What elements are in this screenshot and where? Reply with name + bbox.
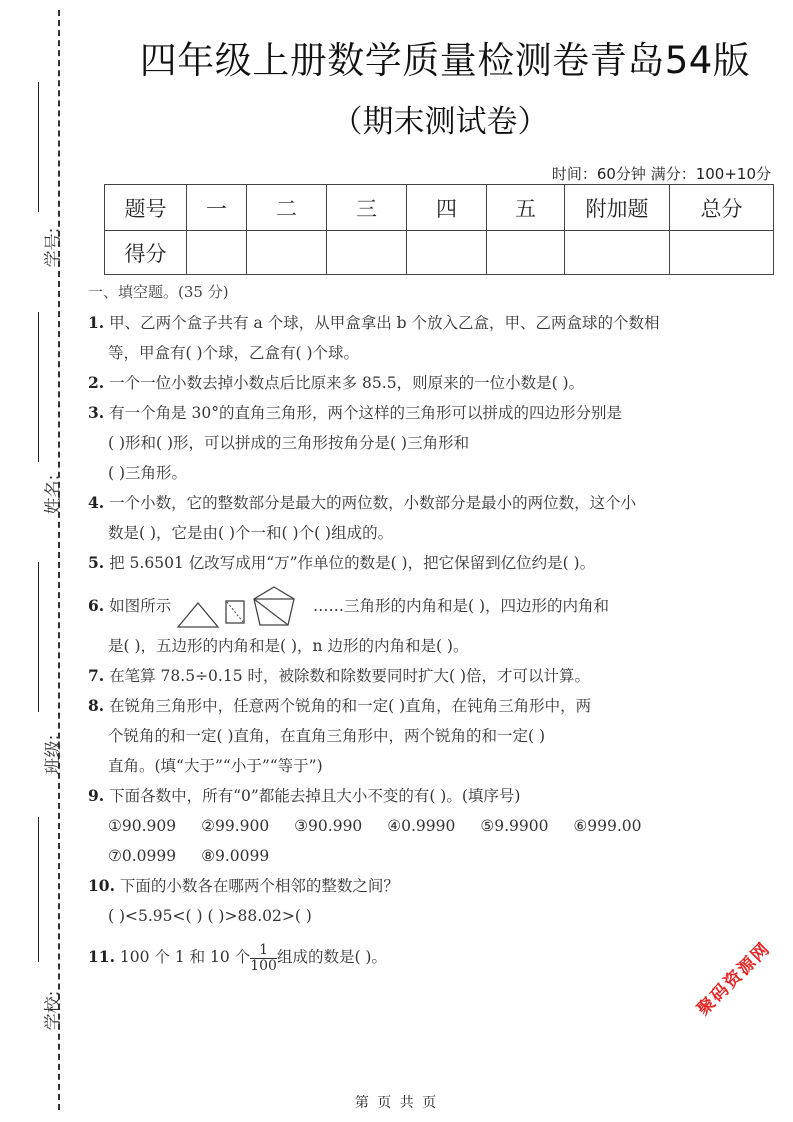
question-1: 1. 甲、乙两个盒子共有 a 个球，从甲盒拿出 b 个放入乙盒，甲、乙两盒球的个… bbox=[88, 308, 728, 368]
header-cell: 四 bbox=[407, 185, 487, 231]
score-cell[interactable] bbox=[670, 231, 774, 275]
school-line[interactable] bbox=[38, 817, 39, 962]
question-text: 如图所示 bbox=[109, 597, 171, 615]
cut-line bbox=[58, 10, 60, 1110]
question-text: 有一个角是 30°的直角三角形，两个这样的三角形可以拼成的四边形分别是 bbox=[109, 404, 622, 422]
school-label: 学校: bbox=[39, 986, 64, 1036]
question-3: 3. 有一个角是 30°的直角三角形，两个这样的三角形可以拼成的四边形分别是 (… bbox=[88, 398, 728, 488]
question-text: ( )三角形。 bbox=[88, 458, 728, 488]
question-number: 3. bbox=[88, 403, 104, 422]
class-label: 班级: bbox=[39, 730, 64, 780]
student-id-label: 学号: bbox=[39, 223, 64, 273]
question-9: 9. 下面各数中，所有“0”都能去掉且大小不变的有( )。(填序号) ①90.9… bbox=[88, 781, 728, 871]
square-with-diagonal-icon bbox=[226, 601, 244, 623]
question-number: 9. bbox=[88, 786, 104, 805]
score-table: 题号 一 二 三 四 五 附加题 总分 得分 bbox=[104, 184, 774, 275]
question-text: ( )<5.95<( ) ( )>88.02>( ) bbox=[88, 901, 728, 931]
question-text: ……三角形的内角和是( )，四边形的内角和 bbox=[313, 597, 609, 615]
question-number: 10. bbox=[88, 876, 115, 895]
header-cell: 总分 bbox=[670, 185, 774, 231]
question-text: 在锐角三角形中，任意两个锐角的和一定( )直角，在钝角三角形中，两 bbox=[109, 697, 591, 715]
score-cell[interactable] bbox=[327, 231, 407, 275]
question-number: 11. bbox=[88, 947, 115, 966]
school-field[interactable]: 学校: bbox=[24, 815, 54, 1045]
score-table-score-row: 得分 bbox=[105, 231, 774, 275]
option: ①90.909 bbox=[108, 811, 176, 841]
triangle-icon bbox=[178, 603, 218, 627]
pentagon-icon bbox=[254, 587, 294, 625]
option: ②99.900 bbox=[201, 811, 269, 841]
question-6: 6. 如图所示 ……三角形的内角和是( )，四边形的内角和 是( )，五边形的内… bbox=[88, 582, 728, 661]
score-cell[interactable] bbox=[187, 231, 247, 275]
score-cell[interactable] bbox=[247, 231, 327, 275]
name-label: 姓名: bbox=[39, 470, 64, 520]
option: ⑥999.00 bbox=[573, 811, 641, 841]
question-text: 甲、乙两个盒子共有 a 个球，从甲盒拿出 b 个放入乙盒，甲、乙两盒球的个数相 bbox=[109, 314, 659, 332]
student-id-field[interactable]: 学号: bbox=[24, 80, 54, 280]
question-number: 6. bbox=[88, 596, 104, 615]
header-cell: 五 bbox=[487, 185, 565, 231]
question-text: 在笔算 78.5÷0.15 时，被除数和除数要同时扩大( )倍，才可以计算。 bbox=[109, 667, 590, 685]
score-cell[interactable] bbox=[487, 231, 565, 275]
score-cell[interactable] bbox=[407, 231, 487, 275]
question-text: 等，甲盒有( )个球，乙盒有( )个球。 bbox=[88, 338, 728, 368]
question-10: 10. 下面的小数各在哪两个相邻的整数之间？ ( )<5.95<( ) ( )>… bbox=[88, 871, 728, 931]
question-number: 4. bbox=[88, 493, 104, 512]
question-2: 2. 一个一位小数去掉小数点后比原来多 85.5，则原来的一位小数是( )。 bbox=[88, 368, 728, 398]
score-row-label: 得分 bbox=[105, 231, 187, 275]
polygon-figures bbox=[176, 583, 308, 631]
header-cell: 一 bbox=[187, 185, 247, 231]
question-5: 5. 把 5.6501 亿改写成用“万”作单位的数是( )，把它保留到亿位约是(… bbox=[88, 548, 728, 578]
page-subtitle: （期末测试卷） bbox=[100, 96, 780, 141]
score-table-header-row: 题号 一 二 三 四 五 附加题 总分 bbox=[105, 185, 774, 231]
question-text: 个锐角的和一定( )直角，在直角三角形中，两个锐角的和一定( ) bbox=[88, 721, 728, 751]
header-cell: 三 bbox=[327, 185, 407, 231]
question-text: 直角。(填“大于”“小于”“等于”) bbox=[88, 751, 728, 781]
question-text: 一个一位小数去掉小数点后比原来多 85.5，则原来的一位小数是( )。 bbox=[109, 374, 584, 392]
score-cell[interactable] bbox=[565, 231, 670, 275]
question-text: 数是( )，它是由( )个一和( )个( )组成的。 bbox=[88, 518, 728, 548]
question-4: 4. 一个小数，它的整数部分是最大的两位数，小数部分是最小的两位数，这个小 数是… bbox=[88, 488, 728, 548]
question-list: 一、填空题。(35 分) 1. 甲、乙两个盒子共有 a 个球，从甲盒拿出 b 个… bbox=[88, 282, 728, 977]
option: ⑤9.9900 bbox=[480, 811, 548, 841]
name-line[interactable] bbox=[38, 312, 39, 462]
question-text: ( )形和( )形，可以拼成的三角形按角分是( )三角形和 bbox=[88, 428, 728, 458]
option: ③90.990 bbox=[294, 811, 362, 841]
section-title: 一、填空题。(35 分) bbox=[88, 282, 728, 308]
question-8: 8. 在锐角三角形中，任意两个锐角的和一定( )直角，在钝角三角形中，两 个锐角… bbox=[88, 691, 728, 781]
header-cell: 题号 bbox=[105, 185, 187, 231]
question-7: 7. 在笔算 78.5÷0.15 时，被除数和除数要同时扩大( )倍，才可以计算… bbox=[88, 661, 728, 691]
question-text: 下面各数中，所有“0”都能去掉且大小不变的有( )。(填序号) bbox=[109, 787, 520, 805]
class-line[interactable] bbox=[38, 562, 39, 712]
page-footer: 第 页 共 页 bbox=[0, 1092, 793, 1112]
question-text: 把 5.6501 亿改写成用“万”作单位的数是( )，把它保留到亿位约是( )。 bbox=[109, 554, 595, 572]
option-row: ⑦0.0999 ⑧9.0099 bbox=[88, 841, 728, 871]
option: ⑧9.0099 bbox=[201, 841, 269, 871]
option: ④0.9990 bbox=[387, 811, 455, 841]
option: ⑦0.0999 bbox=[108, 841, 176, 871]
question-text: 组成的数是( )。 bbox=[277, 948, 387, 966]
header-cell: 附加题 bbox=[565, 185, 670, 231]
question-11: 11. 100 个 1 和 10 个1100组成的数是( )。 bbox=[88, 937, 728, 977]
class-field[interactable]: 班级: bbox=[24, 560, 54, 780]
name-field[interactable]: 姓名: bbox=[24, 310, 54, 510]
question-text: 100 个 1 和 10 个 bbox=[120, 948, 250, 966]
question-text: 是( )，五边形的内角和是( )，n 边形的内角和是( )。 bbox=[88, 631, 728, 661]
fraction: 1100 bbox=[250, 943, 277, 974]
student-id-line[interactable] bbox=[38, 82, 39, 212]
question-number: 2. bbox=[88, 373, 104, 392]
question-text: 下面的小数各在哪两个相邻的整数之间？ bbox=[120, 877, 399, 895]
fraction-denominator: 100 bbox=[250, 959, 277, 974]
fraction-numerator: 1 bbox=[250, 943, 277, 959]
question-number: 1. bbox=[88, 313, 104, 332]
binding-margin: 学号: 姓名: 班级: 学校: bbox=[0, 0, 80, 1122]
header-cell: 二 bbox=[247, 185, 327, 231]
exam-meta: 时间：60分钟 满分：100+10分 bbox=[552, 163, 771, 184]
option-row: ①90.909 ②99.900 ③90.990 ④0.9990 ⑤9.9900 … bbox=[88, 811, 728, 841]
question-number: 7. bbox=[88, 666, 104, 685]
question-number: 5. bbox=[88, 553, 104, 572]
question-text: 一个小数，它的整数部分是最大的两位数，小数部分是最小的两位数，这个小 bbox=[109, 494, 636, 512]
question-number: 8. bbox=[88, 696, 104, 715]
page-title: 四年级上册数学质量检测卷青岛54版 bbox=[100, 30, 790, 84]
